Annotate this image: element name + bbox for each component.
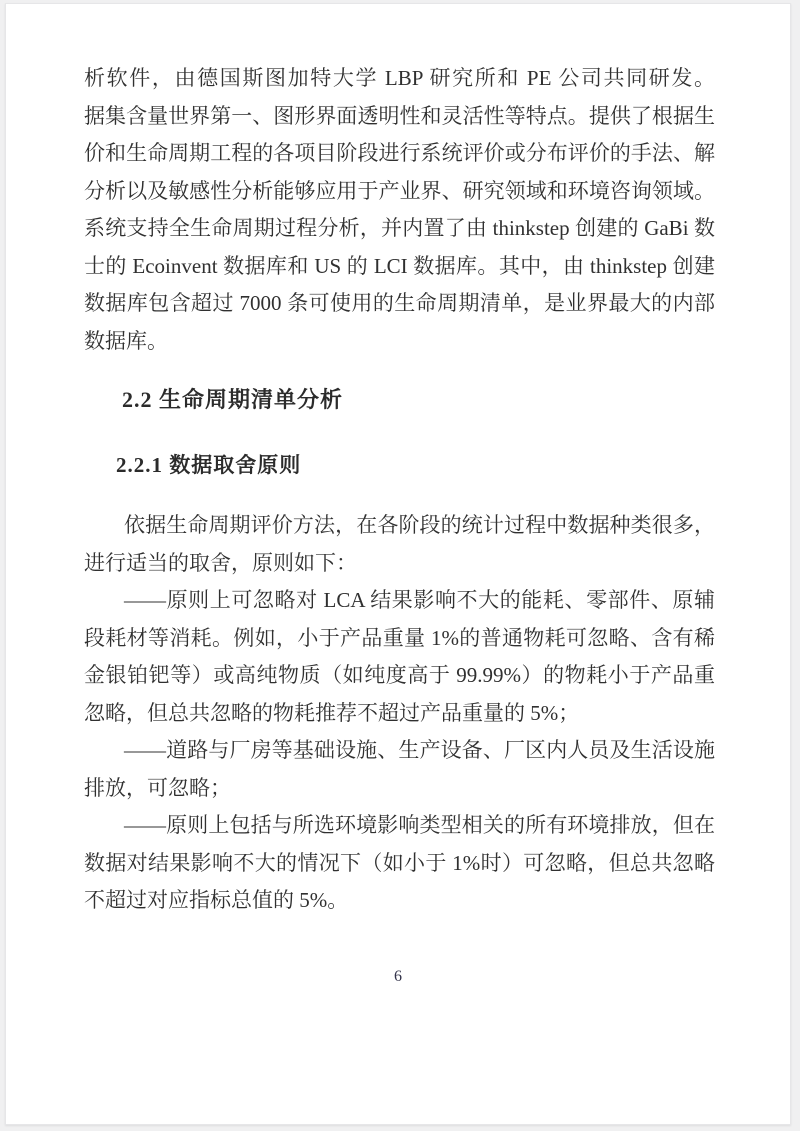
paragraph-line: 数据库。 xyxy=(84,323,715,361)
page-content: 析软件，由德国斯图加特大学 LBP 研究所和 PE 公司共同研发。GaBi 具有… xyxy=(6,4,790,1124)
paragraph-line: 数据库包含超过 7000 条可使用的生命周期清单，是业界最大的内部一致性 LCA xyxy=(84,285,715,323)
list-item-line: ——原则上包括与所选环境影响类型相关的所有环境排放，但在估计排放 xyxy=(84,807,715,845)
paragraph-line: 士的 Ecoinvent 数据库和 US 的 LCI 数据库。其中，由 thin… xyxy=(84,248,715,286)
paragraph-line: 进行适当的取舍，原则如下： xyxy=(84,545,715,583)
paragraph-line: 据集含量世界第一、图形界面透明性和灵活性等特点。提供了根据生命周期评 xyxy=(84,98,715,136)
list-item-line: 忽略，但总共忽略的物耗推荐不超过产品重量的 5%； xyxy=(84,695,715,733)
list-item-line: 排放，可忽略； xyxy=(84,770,715,808)
list-item-line: 不超过对应指标总值的 5%。 xyxy=(84,882,715,920)
paragraph-line: 系统支持全生命周期过程分析，并内置了由 thinkstep 创建的 GaBi 数… xyxy=(84,210,715,248)
subsection-heading: 2.2.1 数据取舍原则 xyxy=(116,450,715,480)
paragraph-line: 析软件，由德国斯图加特大学 LBP 研究所和 PE 公司共同研发。GaBi 具有… xyxy=(84,60,715,98)
list-item-line: ——原则上可忽略对 LCA 结果影响不大的能耗、零部件、原辅料、使用阶 xyxy=(84,582,715,620)
list-item-line: 段耗材等消耗。例如，小于产品重量 1%的普通物耗可忽略、含有稀贵金属（如 xyxy=(84,620,715,658)
paragraph-line: 价和生命周期工程的各项目阶段进行系统评价或分布评价的手法、解释与劣势 xyxy=(84,135,715,173)
paragraph-line: 分析以及敏感性分析能够应用于产业界、研究领域和环境咨询领域。Gabi 软件 xyxy=(84,173,715,211)
document-viewer: 析软件，由德国斯图加特大学 LBP 研究所和 PE 公司共同研发。GaBi 具有… xyxy=(0,0,800,1131)
section-heading: 2.2 生命周期清单分析 xyxy=(122,385,715,415)
list-item-line: 金银铂钯等）或高纯物质（如纯度高于 99.99%）的物耗小于产品重量 0.1%时… xyxy=(84,657,715,695)
paragraph-line: 依据生命周期评价方法，在各阶段的统计过程中数据种类很多，应对数据 xyxy=(84,507,715,545)
page: 析软件，由德国斯图加特大学 LBP 研究所和 PE 公司共同研发。GaBi 具有… xyxy=(5,3,791,1125)
list-item-line: 数据对结果影响不大的情况下（如小于 1%时）可忽略，但总共忽略的排放推荐 xyxy=(84,845,715,883)
list-item-line: ——道路与厂房等基础设施、生产设备、厂区内人员及生活设施的消耗和 xyxy=(84,732,715,770)
page-number: 6 xyxy=(6,966,790,988)
